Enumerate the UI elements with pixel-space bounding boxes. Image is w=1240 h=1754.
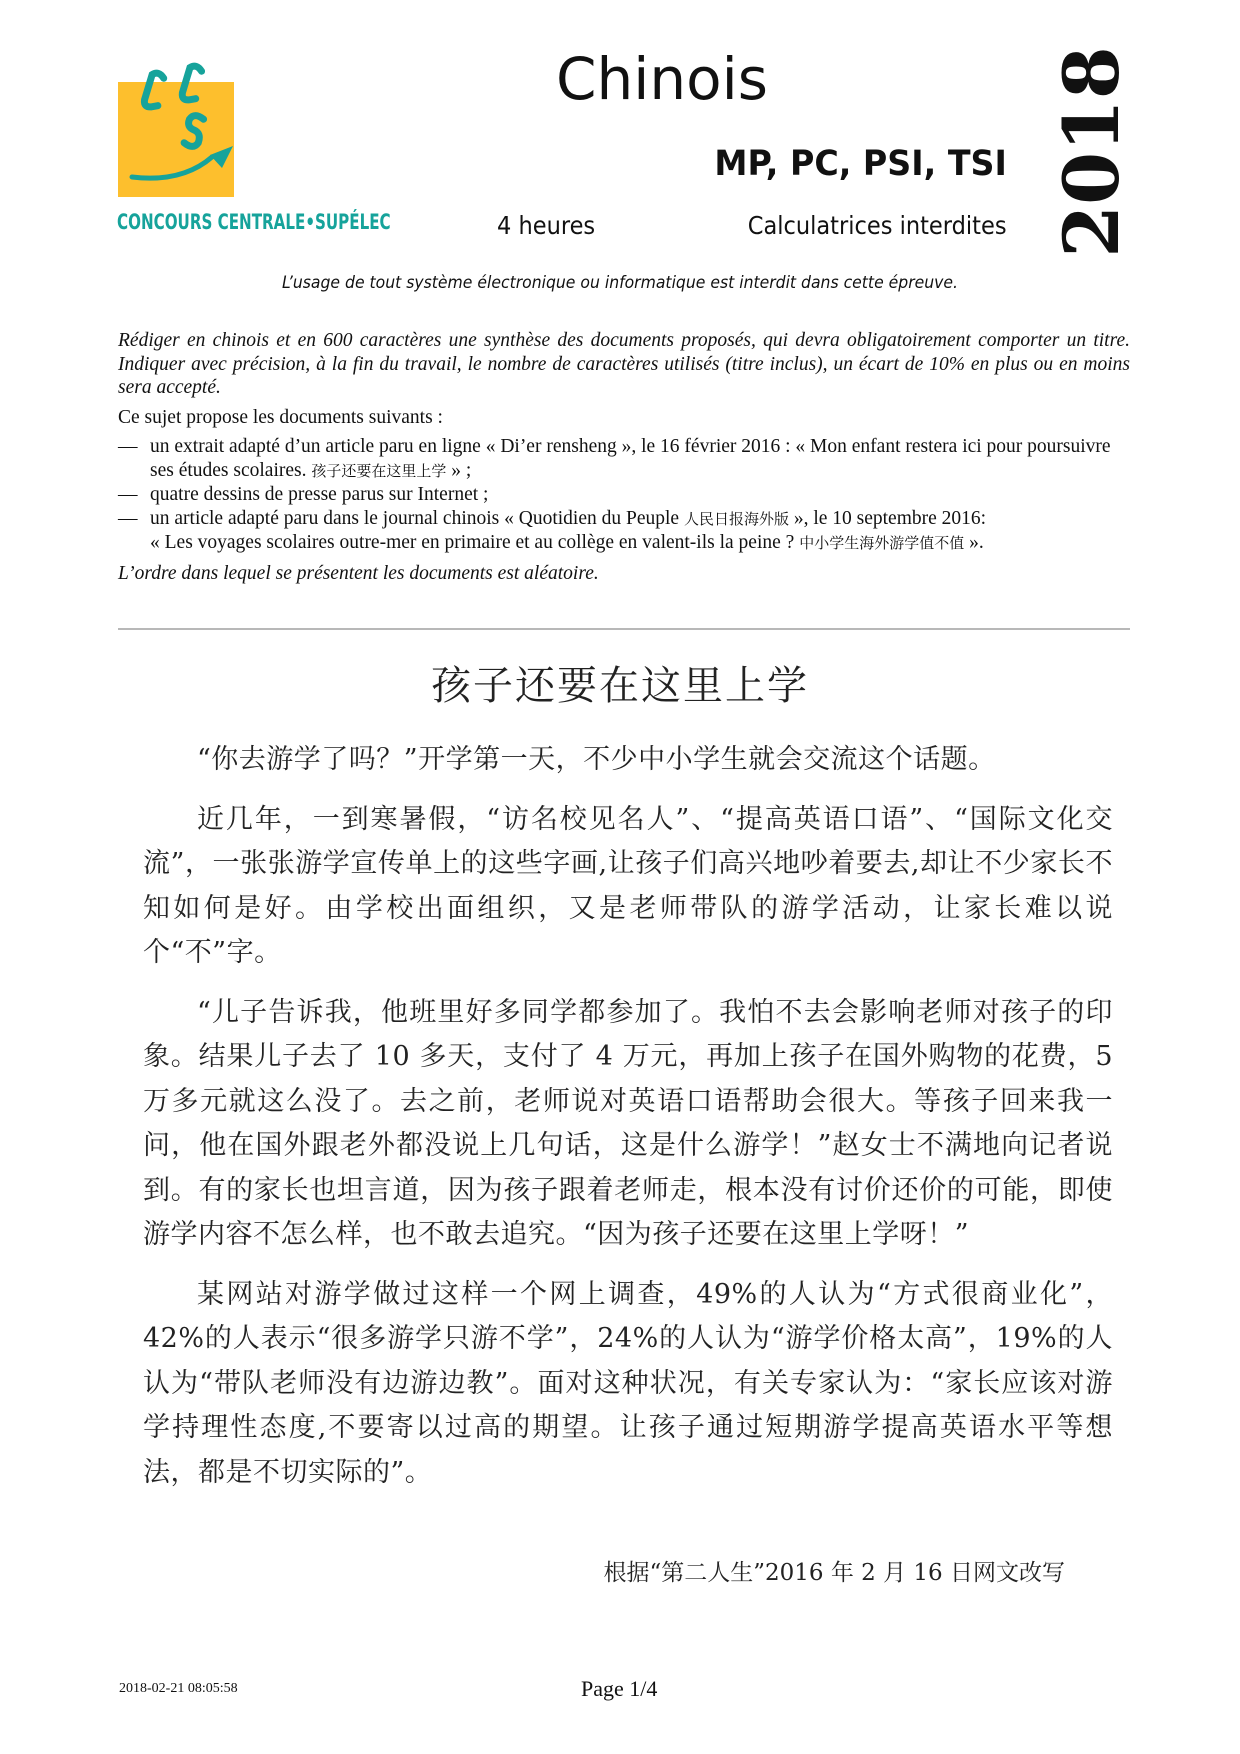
instructions: Rédiger en chinois et en 600 caractères … — [118, 329, 1130, 585]
article-paragraph: “儿子告诉我，他班里好多同学都参加了。我怕不去会影响老师对孩子的印象。结果儿子去… — [143, 991, 1113, 1258]
article-paragraph: “你去游学了吗？”开学第一天，不少中小学生就会交流这个话题。 — [143, 738, 1113, 783]
dash: — — [118, 483, 138, 507]
document-item: — un article adapté paru dans le journal… — [118, 507, 1130, 556]
article-paragraph: 近几年，一到寒暑假，“访名校见名人”、“提高英语口语”、“国际文化交流”，一张张… — [143, 798, 1113, 976]
article-title: 孩子还要在这里上学 — [0, 660, 1240, 712]
document-item: — un extrait adapté d’un article paru en… — [118, 435, 1130, 483]
ccs-logo-icon — [118, 52, 278, 202]
year-text: 2018 — [1054, 46, 1130, 258]
electronics-notice: L’usage de tout système électronique ou … — [50, 272, 1191, 294]
task-instruction: Rédiger en chinois et en 600 caractères … — [118, 329, 1130, 400]
tracks-label: MP, PC, PSI, TSI — [715, 142, 1007, 186]
page-number: Page 1/4 — [581, 1676, 657, 1702]
duration-label: 4 heures — [497, 210, 595, 242]
document-item: — quatre dessins de presse parus sur Int… — [118, 483, 1130, 507]
dash: — — [118, 507, 138, 531]
calculators-label: Calculatrices interdites — [748, 210, 1007, 242]
documents-intro: Ce sujet propose les documents suivants … — [118, 406, 1130, 430]
article-source: 根据“第二人生”2016 年 2 月 16 日网文改写 — [603, 1557, 1065, 1589]
article-paragraph: 某网站对游学做过这样一个网上调查，49%的人认为“方式很商业化”，42%的人表示… — [143, 1273, 1113, 1496]
section-divider — [118, 628, 1130, 630]
article-body: “你去游学了吗？”开学第一天，不少中小学生就会交流这个话题。 近几年，一到寒暑假… — [143, 738, 1113, 1510]
logo-text: CONCOURS CENTRALE•SUPÉLEC — [117, 210, 391, 234]
dash: — — [118, 435, 138, 459]
subject-title: Chinois — [556, 44, 768, 114]
order-note: L’ordre dans lequel se présentent les do… — [118, 562, 1130, 586]
year-label: 2018 — [1060, 60, 1124, 244]
print-timestamp: 2018-02-21 08:05:58 — [119, 1680, 238, 1698]
